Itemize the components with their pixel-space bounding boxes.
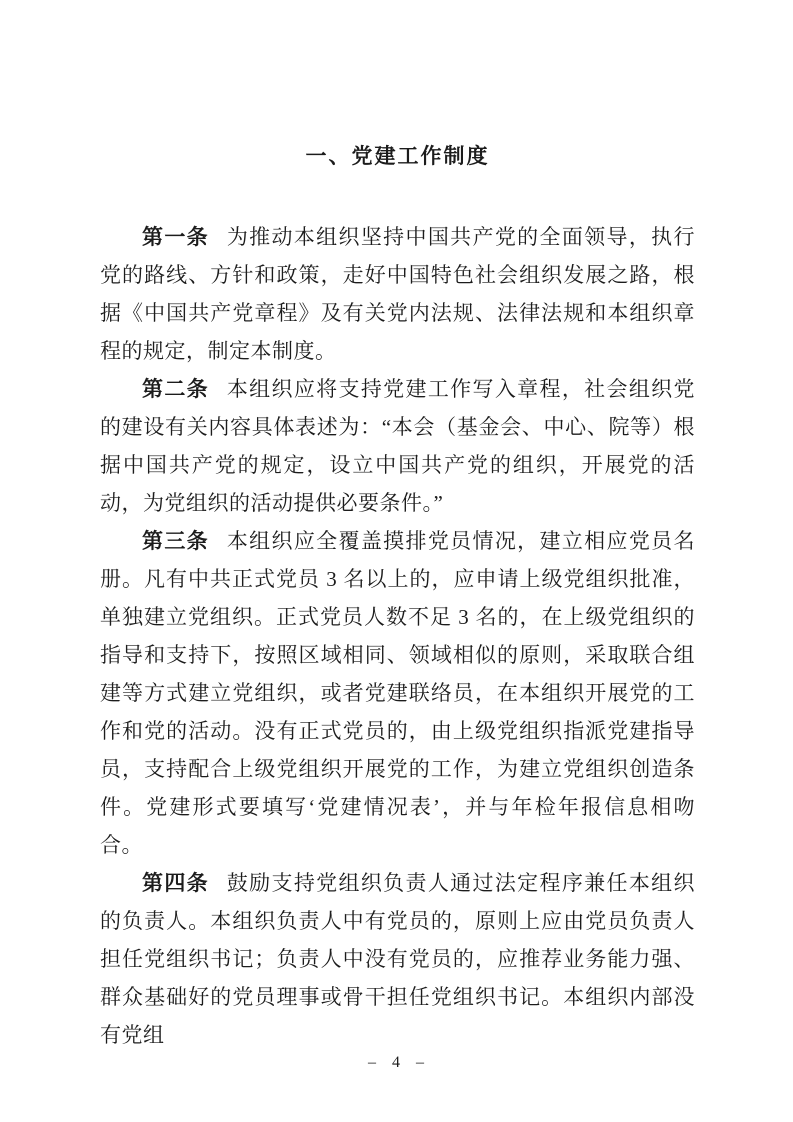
document-page: 一、党建工作制度 第一条为推动本组织坚持中国共产党的全面领导，执行党的路线、方针… xyxy=(0,0,793,1122)
article-paragraph-4: 第四条鼓励支持党组织负责人通过法定程序兼任本组织的负责人。本组织负责人中有党员的… xyxy=(100,864,695,1054)
document-content: 一、党建工作制度 第一条为推动本组织坚持中国共产党的全面领导，执行党的路线、方针… xyxy=(100,143,695,1054)
article-1-number: 第一条 xyxy=(142,225,209,249)
article-3-text: 本组织应全覆盖摸排党员情况，建立相应党员名册。凡有中共正式党员 3 名以上的，应… xyxy=(100,529,695,857)
section-title: 一、党建工作制度 xyxy=(100,143,695,171)
article-paragraph-2: 第二条本组织应将支持党建工作写入章程，社会组织党的建设有关内容具体表述为：“本会… xyxy=(100,370,695,522)
article-paragraph-1: 第一条为推动本组织坚持中国共产党的全面领导，执行党的路线、方针和政策，走好中国特… xyxy=(100,218,695,370)
article-4-number: 第四条 xyxy=(142,871,209,895)
article-paragraph-3: 第三条本组织应全覆盖摸排党员情况，建立相应党员名册。凡有中共正式党员 3 名以上… xyxy=(100,522,695,864)
article-2-number: 第二条 xyxy=(142,377,209,401)
article-3-number: 第三条 xyxy=(142,529,209,553)
document-body: 第一条为推动本组织坚持中国共产党的全面领导，执行党的路线、方针和政策，走好中国特… xyxy=(100,218,695,1054)
article-4-text: 鼓励支持党组织负责人通过法定程序兼任本组织的负责人。本组织负责人中有党员的，原则… xyxy=(100,871,695,1047)
page-number: – 4 – xyxy=(0,1054,793,1072)
